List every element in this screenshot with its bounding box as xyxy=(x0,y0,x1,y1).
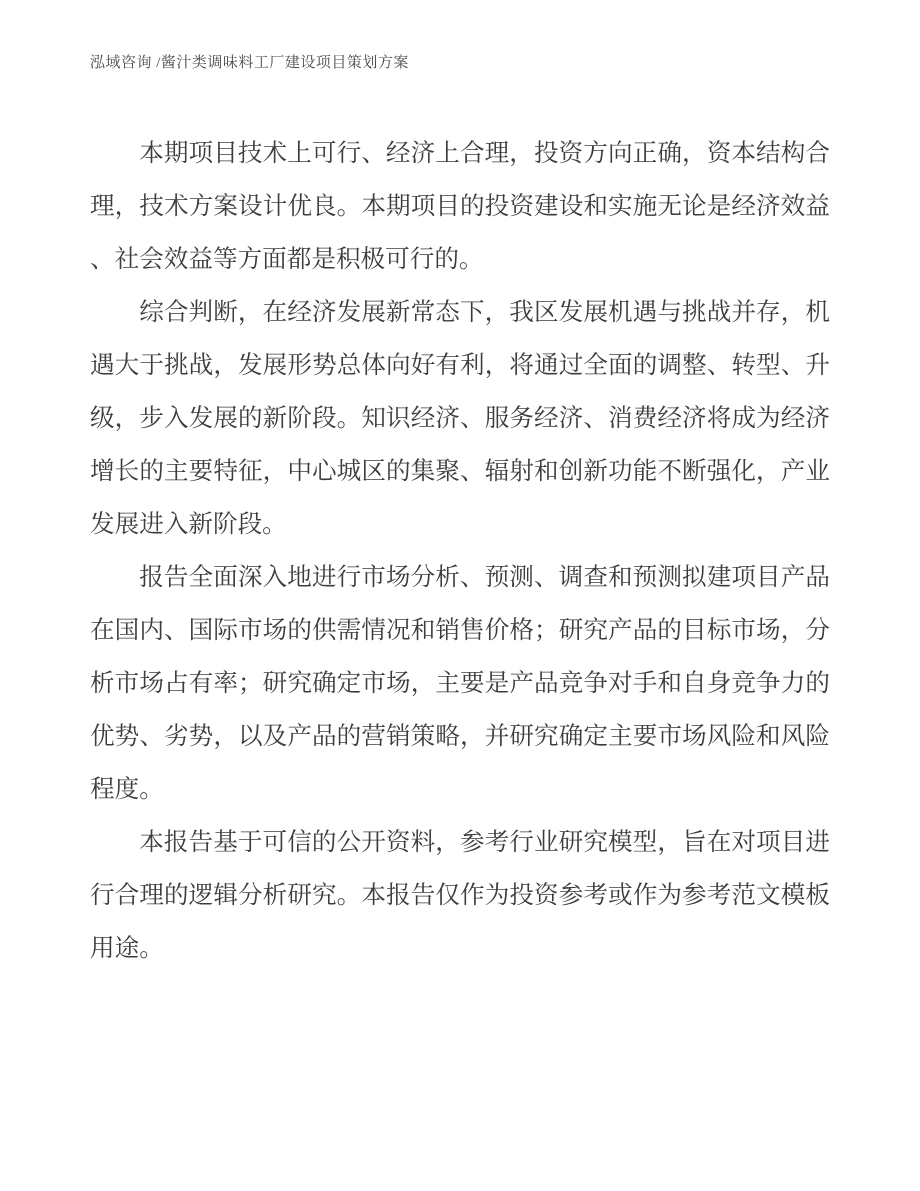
paragraph-1: 本期项目技术上可行、经济上合理，投资方向正确，资本结构合理，技术方案设计优良。本… xyxy=(90,127,830,286)
document-body: 本期项目技术上可行、经济上合理，投资方向正确，资本结构合理，技术方案设计优良。本… xyxy=(90,127,830,975)
document-page: 泓域咨询 /酱汁类调味料工厂建设项目策划方案 本期项目技术上可行、经济上合理，投… xyxy=(0,0,920,1191)
paragraph-2: 综合判断，在经济发展新常态下，我区发展机遇与挑战并存，机遇大于挑战，发展形势总体… xyxy=(90,286,830,551)
header-text: 泓域咨询 /酱汁类调味料工厂建设项目策划方案 xyxy=(90,55,409,71)
paragraph-3: 报告全面深入地进行市场分析、预测、调查和预测拟建项目产品在国内、国际市场的供需情… xyxy=(90,551,830,816)
page-header: 泓域咨询 /酱汁类调味料工厂建设项目策划方案 xyxy=(90,55,830,71)
paragraph-4: 本报告基于可信的公开资料，参考行业研究模型，旨在对项目进行合理的逻辑分析研究。本… xyxy=(90,816,830,975)
